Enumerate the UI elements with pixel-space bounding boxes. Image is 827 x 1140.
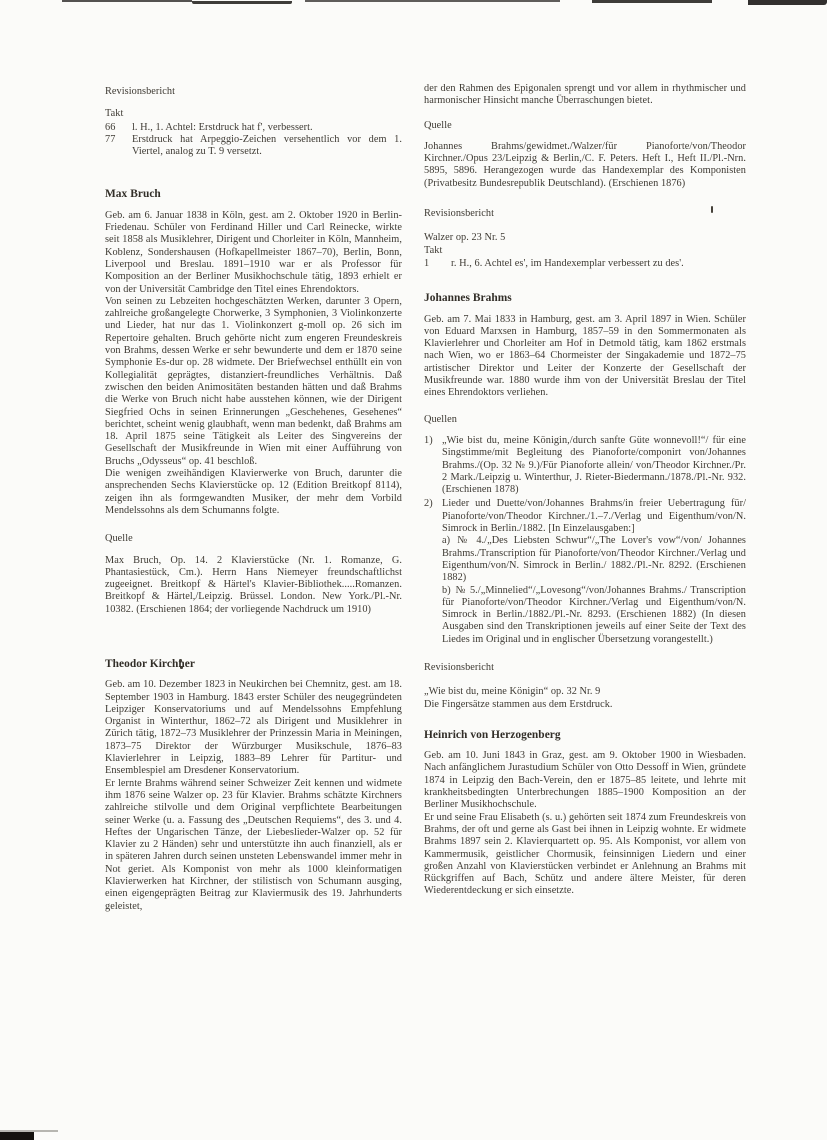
bruch-biography-paragraph: Die wenigen zweihändigen Klavierwerke vo… xyxy=(105,468,402,517)
scan-edge-artifact xyxy=(748,0,827,5)
source-sub-item-label: b) xyxy=(442,585,455,596)
scan-edge-artifact xyxy=(305,0,560,2)
kirchner-biography-paragraph: Geb. am 10. Dezember 1823 in Neukirchen … xyxy=(105,679,402,777)
scan-edge-artifact xyxy=(592,0,712,3)
takt-note: r. H., 6. Achtel es', im Handexemplar ve… xyxy=(451,258,746,270)
takt-note: l. H., 1. Achtel: Erstdruck hat f', verb… xyxy=(132,122,402,134)
herzogenberg-biography-paragraph: Er und seine Frau Elisabeth (s. u.) gehö… xyxy=(424,812,746,898)
bruch-biography-paragraph: Geb. am 6. Januar 1838 in Köln, gest. am… xyxy=(105,210,402,296)
brahms-biography-paragraph: Geb. am 7. Mai 1833 in Hamburg, gest. am… xyxy=(424,314,746,400)
takt-note: Erstdruck hat Arpeggio-Zeichen versehent… xyxy=(132,134,402,159)
scan-corner-mark xyxy=(0,1132,34,1140)
kirchner-biography-continuation: der den Rahmen des Epigonalen sprengt un… xyxy=(424,83,746,108)
source-sub-item-text: № 5./„Minnelied“/„Lovesong“/von/Johannes… xyxy=(442,585,746,645)
source-item-number: 2) xyxy=(424,498,442,646)
takt-row: 66 l. H., 1. Achtel: Erstdruck hat f', v… xyxy=(105,122,402,134)
bruch-source-entry: Max Bruch, Op. 14. 2 Klavierstücke (Nr. … xyxy=(105,555,402,616)
takt-number: 77 xyxy=(105,134,132,159)
section-heading-theodor-kirchner: Theodor Kirchner xyxy=(105,658,402,670)
revision-note-line: Die Fingersätze stammen aus dem Erstdruc… xyxy=(424,699,746,711)
kirchner-biography-paragraph: Er lernte Brahms während seiner Schweize… xyxy=(105,778,402,913)
source-sub-item: b)№ 5./„Minnelied“/„Lovesong“/von/Johann… xyxy=(442,585,746,646)
walzer-reference-line: Walzer op. 23 Nr. 5 xyxy=(424,232,746,244)
revision-note-line: „Wie bist du, meine Königin“ op. 32 Nr. … xyxy=(424,686,746,698)
source-item-text: „Wie bist du, meine Königin,/durch sanft… xyxy=(442,435,746,496)
left-column: Revisionsbericht Takt 66 l. H., 1. Achte… xyxy=(105,86,402,913)
herzogenberg-biography-paragraph: Geb. am 10. Juni 1843 in Graz, gest. am … xyxy=(424,750,746,811)
section-heading-max-bruch: Max Bruch xyxy=(105,188,402,200)
quellen-label: Quellen xyxy=(424,414,746,426)
scan-edge-artifact xyxy=(192,1,292,4)
right-column: der den Rahmen des Epigonalen sprengt un… xyxy=(424,83,746,898)
takt-block: Takt 66 l. H., 1. Achtel: Erstdruck hat … xyxy=(105,108,402,158)
source-item-number: 1) xyxy=(424,435,442,496)
bruch-biography-paragraph: Von seinen zu Lebzeiten hochgeschätzten … xyxy=(105,296,402,468)
takt-label: Takt xyxy=(105,108,402,120)
source-item-text: Lieder und Duette/von/Johannes Brahms/in… xyxy=(442,498,746,535)
source-list-item: 2) Lieder und Duette/von/Johannes Brahms… xyxy=(424,498,746,646)
scan-edge-artifact xyxy=(62,0,192,2)
scanned-page: Revisionsbericht Takt 66 l. H., 1. Achte… xyxy=(0,0,827,1140)
source-list-item: 1) „Wie bist du, meine Königin,/durch sa… xyxy=(424,435,746,496)
takt-row: 1 r. H., 6. Achtel es', im Handexemplar … xyxy=(424,258,746,270)
section-heading-johannes-brahms: Johannes Brahms xyxy=(424,292,746,304)
takt-row: 77 Erstdruck hat Arpeggio-Zeichen verseh… xyxy=(105,134,402,159)
revisionsbericht-label: Revisionsbericht xyxy=(105,86,402,98)
takt-label: Takt xyxy=(424,245,746,257)
takt-number: 1 xyxy=(424,258,451,270)
takt-number: 66 xyxy=(105,122,132,134)
source-sub-item-text: № 4./„Des Liebsten Schwur“/„The Lover's … xyxy=(442,535,746,583)
revisionsbericht-label: Revisionsbericht xyxy=(424,662,746,674)
source-sub-item-label: a) xyxy=(442,535,454,546)
source-sub-item: a)№ 4./„Des Liebsten Schwur“/„The Lover'… xyxy=(442,535,746,584)
section-heading-heinrich-von-herzogenberg: Heinrich von Herzogenberg xyxy=(424,729,746,741)
kirchner-source-entry: Johannes Brahms/gewidmet./Walzer/für Pia… xyxy=(424,141,746,190)
quelle-label: Quelle xyxy=(424,120,746,132)
source-item-body: Lieder und Duette/von/Johannes Brahms/in… xyxy=(442,498,746,646)
revisionsbericht-label: Revisionsbericht xyxy=(424,208,746,220)
quelle-label: Quelle xyxy=(105,533,402,545)
takt-block: Takt 1 r. H., 6. Achtel es', im Handexem… xyxy=(424,245,746,271)
